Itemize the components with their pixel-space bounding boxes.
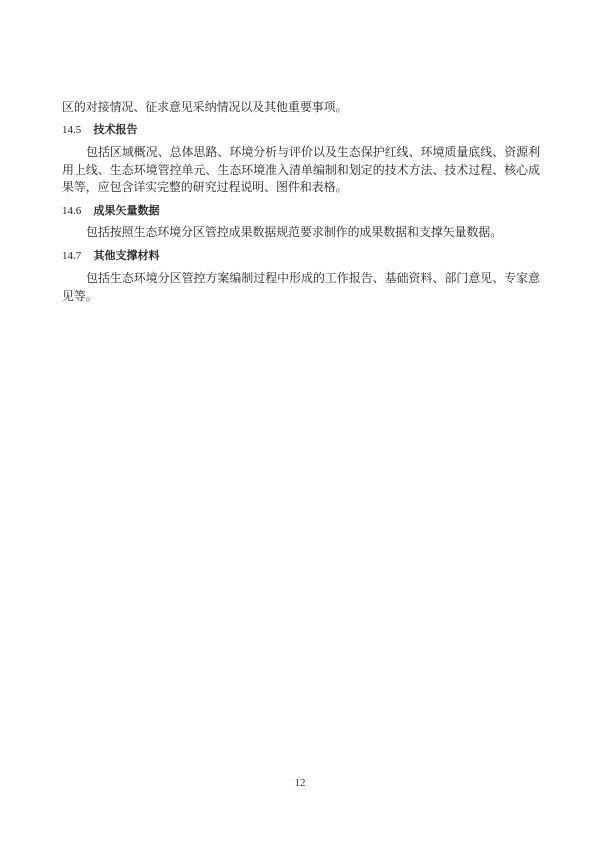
section-title: 技术报告 [94, 123, 138, 136]
section-body-14-7: 包括生态环境分区管控方案编制过程中形成的工作报告、基础资料、部门意见、专家意见等… [62, 270, 540, 305]
section-number: 14.6 [62, 202, 90, 220]
section-title: 成果矢量数据 [94, 204, 160, 217]
section-heading-14-6: 14.6 成果矢量数据 [62, 202, 160, 220]
section-number: 14.7 [62, 247, 90, 265]
section-title: 其他支撑材料 [94, 249, 160, 262]
section-heading-14-5: 14.5 技术报告 [62, 121, 138, 139]
section-heading-14-7: 14.7 其他支撑材料 [62, 247, 160, 265]
section-number: 14.5 [62, 121, 90, 139]
continuation-paragraph: 区的对接情况、征求意见采纳情况以及其他重要事项。 [62, 98, 540, 116]
section-body-14-5: 包括区域概况、总体思路、环境分析与评价以及生态保护红线、环境质量底线、资源利用上… [62, 144, 540, 197]
page-number: 12 [0, 777, 600, 789]
section-body-14-6: 包括按照生态环境分区管控成果数据规范要求制作的成果数据和支撑矢量数据。 [62, 224, 540, 242]
